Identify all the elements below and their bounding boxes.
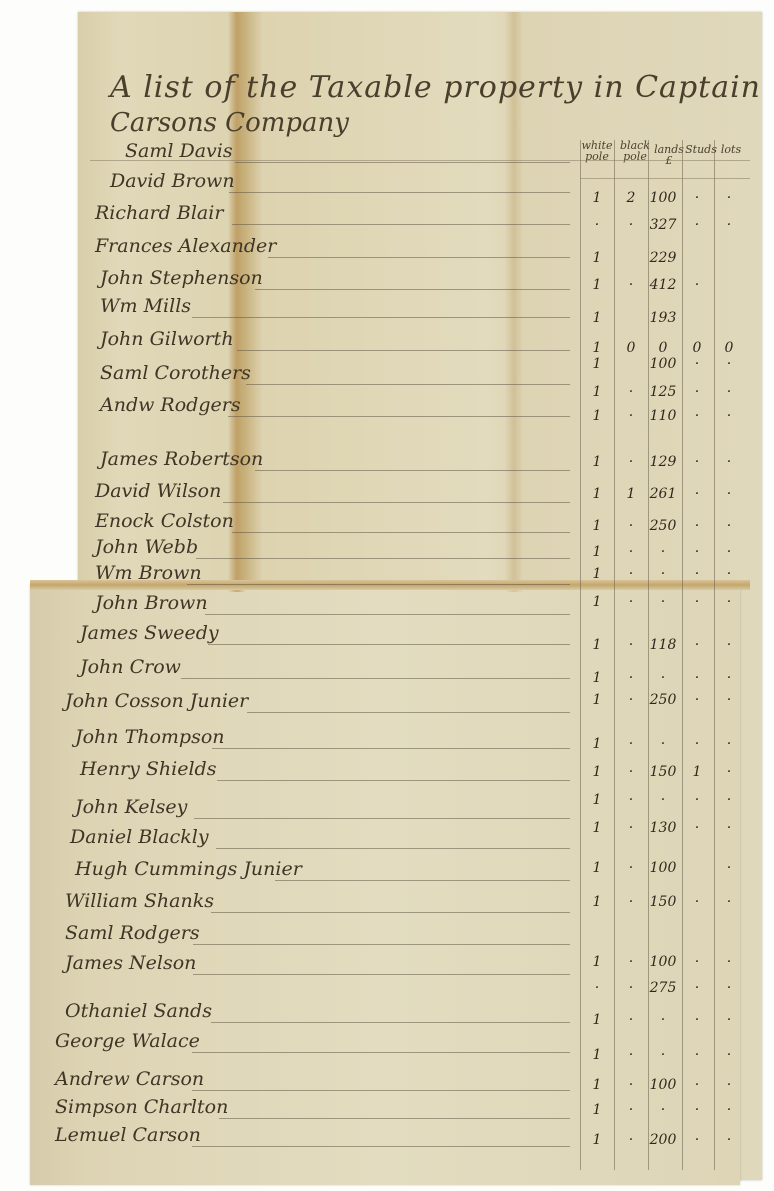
cell-lots: · xyxy=(712,1102,746,1118)
cell-lands: · xyxy=(646,1047,680,1063)
cell-white: 1 xyxy=(580,566,614,582)
cell-lands: · xyxy=(646,566,680,582)
ruled-line xyxy=(208,644,570,645)
cell-white: 1 xyxy=(580,544,614,560)
taxpayer-name: William Shanks xyxy=(65,890,214,912)
cell-lands: · xyxy=(646,544,680,560)
ruled-line xyxy=(211,1022,570,1023)
taxpayer-name: Saml Rodgers xyxy=(65,922,200,944)
cell-studs: · xyxy=(680,894,714,910)
cell-studs: · xyxy=(680,566,714,582)
cell-studs: · xyxy=(680,637,714,653)
taxpayer-name: David Wilson xyxy=(95,480,221,502)
cell-lots: · xyxy=(712,792,746,808)
ruled-line xyxy=(247,712,570,713)
cell-studs: · xyxy=(680,1077,714,1093)
cell-lots: · xyxy=(712,894,746,910)
cell-white: 1 xyxy=(580,1012,614,1028)
ruled-line xyxy=(196,558,570,559)
taxpayer-name: John Cosson Junier xyxy=(65,690,248,712)
cell-lots: · xyxy=(712,454,746,470)
cell-lands: 0 xyxy=(646,340,680,356)
cell-white: 1 xyxy=(580,384,614,400)
cell-white: · xyxy=(580,217,614,233)
taxpayer-name: John Stephenson xyxy=(100,267,263,289)
taxpayer-name: John Webb xyxy=(95,536,198,558)
cell-studs: · xyxy=(680,1012,714,1028)
cell-lands: 125 xyxy=(646,384,680,400)
cell-black: · xyxy=(614,670,648,686)
cell-lands: 327 xyxy=(646,217,680,233)
taxpayer-name: Enock Colston xyxy=(95,510,234,532)
cell-lots: · xyxy=(712,594,746,610)
cell-white: 1 xyxy=(580,486,614,502)
cell-studs: · xyxy=(680,692,714,708)
cell-white: · xyxy=(580,980,614,996)
cell-studs: · xyxy=(680,518,714,534)
cell-black: 0 xyxy=(614,340,648,356)
taxpayer-name: Andrew Carson xyxy=(55,1068,204,1090)
ruled-line xyxy=(181,678,570,679)
cell-white: 1 xyxy=(580,637,614,653)
taxpayer-name: Daniel Blackly xyxy=(70,826,209,848)
cell-lots: · xyxy=(712,217,746,233)
cell-lands: 100 xyxy=(646,860,680,876)
cell-black: · xyxy=(614,594,648,610)
ruled-line xyxy=(275,880,570,881)
cell-studs: · xyxy=(680,454,714,470)
ruled-line xyxy=(219,1118,570,1119)
taxpayer-name: Othaniel Sands xyxy=(65,1000,212,1022)
cell-lands: · xyxy=(646,1102,680,1118)
cell-black: · xyxy=(614,894,648,910)
cell-lots: · xyxy=(712,1077,746,1093)
cell-lands: 130 xyxy=(646,820,680,836)
cell-black: · xyxy=(614,384,648,400)
cell-white: 1 xyxy=(580,408,614,424)
cell-black: · xyxy=(614,792,648,808)
cell-studs: · xyxy=(680,820,714,836)
cell-lands: · xyxy=(646,594,680,610)
cell-lots: · xyxy=(712,518,746,534)
cell-lands: · xyxy=(646,792,680,808)
cell-black: · xyxy=(614,1012,648,1028)
cell-white: 1 xyxy=(580,1047,614,1063)
cell-lands: 200 xyxy=(646,1132,680,1148)
cell-white: 1 xyxy=(580,860,614,876)
ruled-line xyxy=(192,1090,570,1091)
ruled-line xyxy=(216,848,570,849)
cell-white: 1 xyxy=(580,356,614,372)
taxpayer-name: James Nelson xyxy=(65,952,196,974)
cell-lands: 118 xyxy=(646,637,680,653)
header-rule xyxy=(580,178,750,179)
cell-white: 1 xyxy=(580,764,614,780)
taxpayer-name: James Robertson xyxy=(100,448,263,470)
ruled-line xyxy=(246,384,570,385)
cell-white: 1 xyxy=(580,1077,614,1093)
ruled-line xyxy=(212,748,570,749)
cell-white: 1 xyxy=(580,340,614,356)
cell-white: 1 xyxy=(580,310,614,326)
cell-studs: · xyxy=(680,544,714,560)
taxpayer-name: John Crow xyxy=(80,656,181,678)
ruled-line xyxy=(217,780,570,781)
cell-lands: 110 xyxy=(646,408,680,424)
cell-white: 1 xyxy=(580,820,614,836)
cell-lots: · xyxy=(712,860,746,876)
taxpayer-name: Frances Alexander xyxy=(95,235,276,257)
cell-black: 1 xyxy=(614,486,648,502)
ruled-line xyxy=(194,818,570,819)
cell-studs: · xyxy=(680,980,714,996)
cell-lots: · xyxy=(712,820,746,836)
cell-white: 1 xyxy=(580,954,614,970)
cell-studs: 1 xyxy=(680,764,714,780)
cell-studs: · xyxy=(680,1132,714,1148)
ruled-line xyxy=(205,614,570,615)
cell-studs: · xyxy=(680,217,714,233)
cell-lands: 261 xyxy=(646,486,680,502)
cell-lots: · xyxy=(712,384,746,400)
cell-studs: · xyxy=(680,1047,714,1063)
cell-lands: 100 xyxy=(646,954,680,970)
cell-black: · xyxy=(614,1102,648,1118)
cell-white: 1 xyxy=(580,1132,614,1148)
taxpayer-name: Andw Rodgers xyxy=(100,394,241,416)
ruled-line xyxy=(268,257,570,258)
cell-black: · xyxy=(614,566,648,582)
ruled-line xyxy=(229,192,570,193)
cell-black: · xyxy=(614,277,648,293)
ruled-line xyxy=(228,416,570,417)
cell-black: · xyxy=(614,1132,648,1148)
cell-black: · xyxy=(614,454,648,470)
cell-white: 1 xyxy=(580,692,614,708)
cell-black: · xyxy=(614,954,648,970)
cell-white: 1 xyxy=(580,454,614,470)
cell-white: 1 xyxy=(580,518,614,534)
cell-black: · xyxy=(614,637,648,653)
cell-studs: · xyxy=(680,277,714,293)
cell-lots: · xyxy=(712,1132,746,1148)
cell-lands: 229 xyxy=(646,250,680,266)
ruled-line xyxy=(232,224,570,225)
ruled-line xyxy=(232,532,570,533)
ruled-line xyxy=(223,502,570,503)
cell-black: · xyxy=(614,544,648,560)
taxpayer-name: Hugh Cummings Junier xyxy=(75,858,302,880)
cell-studs: · xyxy=(680,954,714,970)
ruled-line xyxy=(192,1146,570,1147)
ruled-line xyxy=(255,470,570,471)
taxpayer-name: Simpson Charlton xyxy=(55,1096,228,1118)
cell-white: 1 xyxy=(580,894,614,910)
ruled-line xyxy=(235,162,570,163)
taxpayer-name: Wm Mills xyxy=(100,295,191,317)
cell-lands: 100 xyxy=(646,190,680,206)
cell-lots: · xyxy=(712,408,746,424)
cell-white: 1 xyxy=(580,277,614,293)
cell-white: 1 xyxy=(580,792,614,808)
cell-lands: · xyxy=(646,670,680,686)
cell-lands: 150 xyxy=(646,894,680,910)
cell-lots: · xyxy=(712,566,746,582)
taxpayer-name: James Sweedy xyxy=(80,622,219,644)
cell-lands: 193 xyxy=(646,310,680,326)
col-header-white-pole: white pole xyxy=(580,140,614,162)
ruled-line xyxy=(192,1052,570,1053)
col-header-black-pole: black pole xyxy=(618,140,652,162)
cell-lands: 275 xyxy=(646,980,680,996)
taxpayer-name: David Brown xyxy=(110,170,235,192)
cell-lands: 100 xyxy=(646,356,680,372)
cell-lots: · xyxy=(712,544,746,560)
cell-lands: 250 xyxy=(646,518,680,534)
taxpayer-name: John Thompson xyxy=(75,726,225,748)
cell-black: · xyxy=(614,736,648,752)
cell-white: 1 xyxy=(580,1102,614,1118)
cell-black: · xyxy=(614,692,648,708)
cell-studs: · xyxy=(680,594,714,610)
cell-black: · xyxy=(614,764,648,780)
col-header-lots: lots xyxy=(716,144,746,155)
cell-lots: · xyxy=(712,190,746,206)
cell-lots: · xyxy=(712,980,746,996)
cell-lands: 129 xyxy=(646,454,680,470)
cell-studs: · xyxy=(680,356,714,372)
cell-black: · xyxy=(614,408,648,424)
col-header-top: lots xyxy=(716,144,746,155)
cell-lots: 0 xyxy=(712,340,746,356)
ruled-line xyxy=(237,350,570,351)
col-header-lands: lands £ xyxy=(652,144,686,166)
taxpayer-name: Saml Corothers xyxy=(100,362,251,384)
cell-lands: 100 xyxy=(646,1077,680,1093)
cell-lands: 412 xyxy=(646,277,680,293)
cell-black: · xyxy=(614,980,648,996)
cell-lots: · xyxy=(712,736,746,752)
cell-lands: · xyxy=(646,1012,680,1028)
cell-lands: 150 xyxy=(646,764,680,780)
cell-lands: · xyxy=(646,736,680,752)
cell-studs: · xyxy=(680,408,714,424)
tax-ledger-table: white pole black pole lands £ Studs lots… xyxy=(0,0,774,1191)
ruled-line xyxy=(193,944,570,945)
cell-black: · xyxy=(614,217,648,233)
cell-black: · xyxy=(614,860,648,876)
taxpayer-name: John Brown xyxy=(95,592,208,614)
ruled-line xyxy=(187,584,570,585)
cell-studs: · xyxy=(680,736,714,752)
cell-white: 1 xyxy=(580,670,614,686)
cell-black: · xyxy=(614,1077,648,1093)
taxpayer-name: John Gilworth xyxy=(100,328,234,350)
cell-lots: · xyxy=(712,692,746,708)
cell-white: 1 xyxy=(580,736,614,752)
taxpayer-name: Henry Shields xyxy=(80,758,216,780)
cell-studs: · xyxy=(680,670,714,686)
cell-black: · xyxy=(614,518,648,534)
cell-lots: · xyxy=(712,486,746,502)
cell-lots: · xyxy=(712,1012,746,1028)
cell-lots: · xyxy=(712,670,746,686)
taxpayer-name: Saml Davis xyxy=(125,140,233,162)
taxpayer-name: Wm Brown xyxy=(95,562,202,584)
ruled-line xyxy=(211,912,570,913)
cell-black: · xyxy=(614,820,648,836)
cell-lots: · xyxy=(712,356,746,372)
cell-studs: · xyxy=(680,1102,714,1118)
taxpayer-name: Lemuel Carson xyxy=(55,1124,201,1146)
cell-lots: · xyxy=(712,954,746,970)
ruled-line xyxy=(255,289,570,290)
cell-lands: 250 xyxy=(646,692,680,708)
cell-black: 2 xyxy=(614,190,648,206)
cell-studs: · xyxy=(680,486,714,502)
cell-studs: · xyxy=(680,190,714,206)
cell-black: · xyxy=(614,1047,648,1063)
cell-white: 1 xyxy=(580,190,614,206)
cell-white: 1 xyxy=(580,594,614,610)
col-header-studs: Studs xyxy=(684,144,718,155)
cell-lots: · xyxy=(712,637,746,653)
taxpayer-name: George Walace xyxy=(55,1030,200,1052)
cell-studs: 0 xyxy=(680,340,714,356)
col-header-top: Studs xyxy=(684,144,718,155)
cell-white: 1 xyxy=(580,250,614,266)
ruled-line xyxy=(192,317,570,318)
cell-studs: · xyxy=(680,384,714,400)
cell-studs: · xyxy=(680,792,714,808)
cell-lots: · xyxy=(712,1047,746,1063)
cell-lots: · xyxy=(712,764,746,780)
taxpayer-name: Richard Blair xyxy=(95,202,223,224)
taxpayer-name: John Kelsey xyxy=(75,796,187,818)
ruled-line xyxy=(193,974,570,975)
